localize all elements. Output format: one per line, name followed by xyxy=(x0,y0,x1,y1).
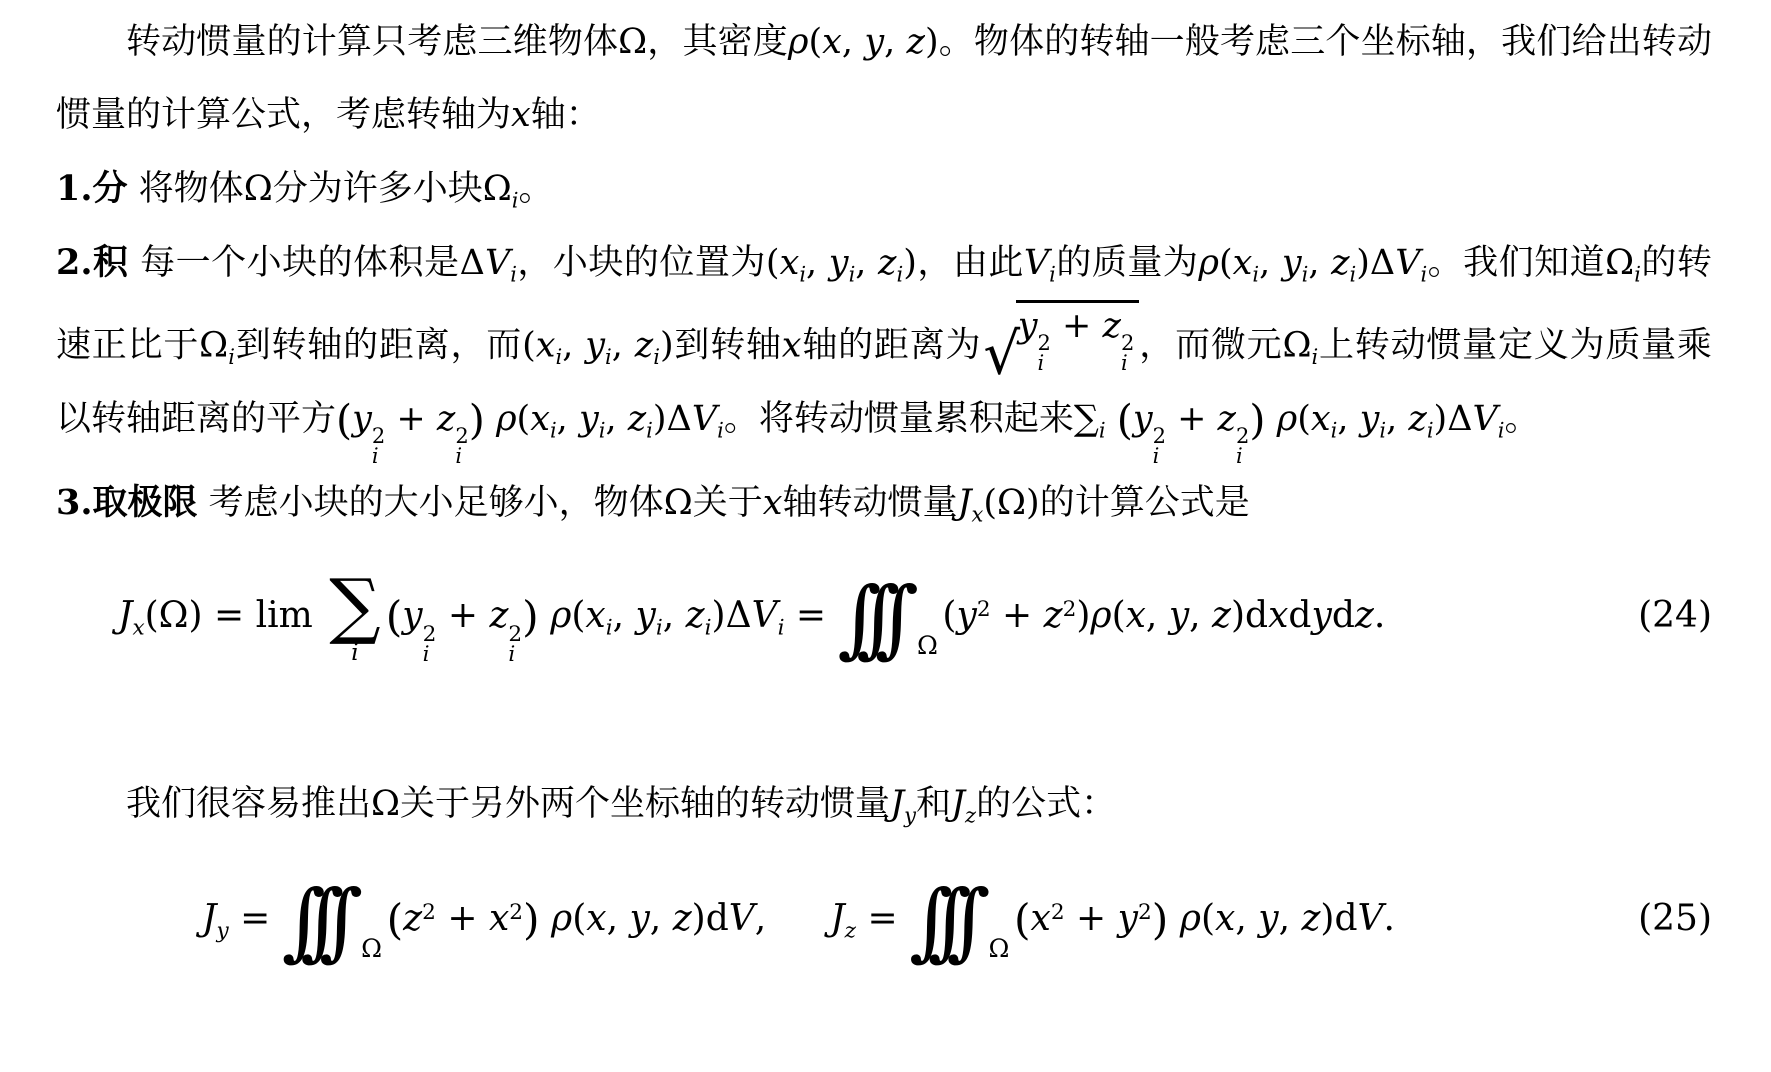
math-italic-run: y xyxy=(1018,306,1038,346)
math-italic-run: x xyxy=(530,399,550,439)
math-roman-run: )Δ xyxy=(653,399,692,439)
triple-integral: ∫∫∫Ω xyxy=(838,595,943,636)
math-italic-run: z xyxy=(1331,243,1349,283)
math-italic-run: ρ xyxy=(496,399,517,439)
math-italic-run: z xyxy=(1301,898,1320,939)
math-italic-run: x xyxy=(585,595,605,636)
supsub-stack: 2i xyxy=(455,427,468,467)
math-italic-run: z xyxy=(403,898,422,939)
text-run: 转动惯量的计算只考虑三维物体 xyxy=(126,22,618,62)
text-run: ，由此 xyxy=(917,243,1024,283)
superscript: 2 xyxy=(1138,901,1152,926)
math-roman-run: ) xyxy=(925,22,939,62)
math-italic-run: z xyxy=(673,898,692,939)
text-run: 每一个小块的体积是 xyxy=(129,243,460,283)
math-roman-run: , xyxy=(1259,243,1282,283)
integral-domain: Ω xyxy=(989,934,1010,963)
equation-number-24: (24) xyxy=(1638,598,1712,634)
math-italic-run: z xyxy=(907,22,925,62)
paragraph-intro: 转动惯量的计算只考虑三维物体Ω，其密度ρ(x, y, z)。物体的转轴一般考虑三… xyxy=(56,6,1712,152)
math-roman-run: ( xyxy=(1112,595,1126,636)
text-run: 的公式： xyxy=(976,784,1116,824)
math-italic-run: x xyxy=(489,898,509,939)
text-run: ，其密度 xyxy=(647,22,788,62)
math-roman-run: , xyxy=(650,898,673,939)
math-roman-run: ( xyxy=(1219,243,1233,283)
math-roman-run: , xyxy=(884,22,906,62)
math-roman-run: ( xyxy=(1201,898,1215,939)
text-run: 到转轴的距离，而 xyxy=(235,326,522,366)
sigma-icon: ∑ xyxy=(329,571,380,639)
math-italic-run: V xyxy=(1395,243,1420,283)
math-italic-run: y xyxy=(1282,243,1302,283)
big-paren: ( xyxy=(386,594,403,643)
stack-sub: i xyxy=(1153,447,1160,467)
subscript: i xyxy=(705,616,712,641)
math-italic-run: z xyxy=(635,326,653,366)
subscript: i xyxy=(646,418,653,442)
math-roman-run: )Δ xyxy=(1356,243,1395,283)
subscript: z xyxy=(965,804,976,828)
math-italic-run: x xyxy=(536,326,556,366)
supsub-stack: 2i xyxy=(1121,334,1134,374)
math-roman-run: , xyxy=(855,243,878,283)
sum-operator: ∑i xyxy=(329,571,380,667)
math-roman-run: = xyxy=(229,898,282,939)
text-run: 。我们知道 xyxy=(1427,243,1605,283)
math-italic-run: J xyxy=(951,784,965,824)
math-roman-run: + xyxy=(991,595,1044,636)
text-run: 考虑小块的大小足够小，物体 xyxy=(198,483,664,523)
subscript: i xyxy=(653,345,660,369)
subscript: i xyxy=(550,418,557,442)
math-roman-run: (Ω) xyxy=(983,483,1039,523)
subscript: i xyxy=(605,345,612,369)
math-roman-run: ) xyxy=(903,243,917,283)
equation-number-25: (25) xyxy=(1638,901,1712,937)
text-run: 的质量为 xyxy=(1056,243,1199,283)
math-italic-run: ρ xyxy=(1180,898,1201,939)
math-italic-run: x xyxy=(1031,898,1051,939)
math-roman-run: Δ xyxy=(460,243,485,283)
math-italic-run: ρ xyxy=(1277,399,1298,439)
equation-24-body: Jx(Ω) = lim ∑i(y2i + z2i) ρ(xi, yi, zi)Δ… xyxy=(118,595,1385,636)
math-italic-run: x xyxy=(1268,595,1288,636)
bold-label: 2.积 xyxy=(56,242,129,283)
math-italic-run: J xyxy=(118,595,132,636)
math-roman-run: (Ω) = lim xyxy=(145,595,325,636)
math-roman-run xyxy=(485,399,496,439)
document-page: 转动惯量的计算只考虑三维物体Ω，其密度ρ(x, y, z)。物体的转轴一般考虑三… xyxy=(0,0,1771,989)
math-italic-run: ρ xyxy=(1090,595,1111,636)
list-item-step2: 2.积 每一个小块的体积是ΔVi，小块的位置为(xi, yi, zi)，由此Vi… xyxy=(56,226,1712,466)
integral-domain: Ω xyxy=(917,631,938,660)
math-roman-run: Ω xyxy=(1605,243,1634,283)
math-roman-run: + xyxy=(436,595,489,636)
text-run: 和 xyxy=(916,784,951,824)
text-run: 将物体 xyxy=(128,169,244,209)
math-italic-run: y xyxy=(579,399,599,439)
subscript: z xyxy=(845,919,856,944)
math-roman-run: , xyxy=(605,399,627,439)
math-roman-run: , xyxy=(755,898,766,939)
stack-sub: i xyxy=(1038,354,1045,374)
superscript: 2 xyxy=(422,901,436,926)
math-roman-run: d xyxy=(1332,595,1355,636)
math-italic-run: y xyxy=(864,22,884,62)
math-italic-run: x xyxy=(1215,898,1235,939)
math-italic-run: z xyxy=(1355,595,1374,636)
math-roman-run xyxy=(1168,898,1179,939)
math-italic-run: J xyxy=(958,483,972,523)
math-italic-run: x xyxy=(822,22,842,62)
math-roman-run: d xyxy=(1288,595,1311,636)
math-italic-run: z xyxy=(628,399,646,439)
math-roman-run: , xyxy=(1235,898,1258,939)
supsub-stack: 2i xyxy=(423,625,437,666)
math-roman-run: + xyxy=(385,399,437,439)
display-equation-25: Jy = ∫∫∫Ω(z2 + x2) ρ(x, y, z)dV,Jz = ∫∫∫… xyxy=(56,849,1712,989)
math-italic-run: y xyxy=(956,595,976,636)
math-italic-run: J xyxy=(202,898,216,939)
math-roman-run: + xyxy=(1051,306,1103,346)
math-roman-run: , xyxy=(1337,399,1359,439)
math-italic-run: V xyxy=(729,898,755,939)
math-roman-run: Ω xyxy=(371,784,400,824)
subscript: i xyxy=(606,616,613,641)
math-roman-run: Ω xyxy=(199,326,228,366)
math-italic-run: y xyxy=(1133,399,1153,439)
math-roman-run: Ω xyxy=(483,169,512,209)
integral-signs-icon: ∫∫∫ xyxy=(909,871,990,970)
text-run: 轴转动惯量 xyxy=(782,483,957,523)
subscript: i xyxy=(1427,418,1434,442)
display-equation-24: Jx(Ω) = lim ∑i(y2i + z2i) ρ(xi, yi, zi)Δ… xyxy=(56,546,1712,686)
math-roman-run: Ω xyxy=(618,22,647,62)
math-roman-run: Ω xyxy=(1282,326,1311,366)
math-roman-run: )d xyxy=(692,898,729,939)
math-italic-run: z xyxy=(686,595,705,636)
subscript: i xyxy=(510,262,517,286)
subscript: y xyxy=(904,804,916,828)
math-roman-run: + xyxy=(1065,898,1118,939)
radical-sign-icon: √ xyxy=(983,330,1020,376)
supsub-stack: 2i xyxy=(1038,334,1051,374)
subscript: i xyxy=(228,345,235,369)
bold-label: 3.取极限 xyxy=(56,482,198,523)
math-italic-run: x xyxy=(780,243,800,283)
math-italic-run: y xyxy=(1169,595,1189,636)
integral-signs-icon: ∫∫∫ xyxy=(838,568,919,667)
subscript: x xyxy=(972,503,984,527)
math-roman-run xyxy=(1106,399,1117,439)
math-italic-run: y xyxy=(585,326,605,366)
math-roman-run: , xyxy=(607,898,630,939)
supsub-stack: 2i xyxy=(1236,427,1249,467)
math-italic-run: y xyxy=(636,595,656,636)
math-roman-run: )Δ xyxy=(1434,399,1473,439)
math-roman-run xyxy=(539,595,550,636)
math-italic-run: z xyxy=(489,595,508,636)
text-run: 关于另外两个坐标轴的转动惯量 xyxy=(400,784,890,824)
stack-sub: i xyxy=(508,645,515,666)
math-roman-run: . xyxy=(1384,898,1395,939)
big-paren: ) xyxy=(523,897,540,946)
math-roman-run: Ω xyxy=(244,169,273,209)
paragraph-derive: 我们很容易推出Ω关于另外两个坐标轴的转动惯量Jy和Jz的公式： xyxy=(56,768,1712,841)
math-roman-run: ( xyxy=(766,243,780,283)
math-roman-run: + xyxy=(436,898,489,939)
text-run: 。 xyxy=(518,169,553,209)
bold-label: 1.分 xyxy=(56,168,128,209)
math-roman-run: , xyxy=(1308,243,1331,283)
math-roman-run: , xyxy=(612,326,635,366)
math-roman-run xyxy=(540,898,551,939)
math-roman-run: ( xyxy=(572,898,586,939)
subscript: i xyxy=(1049,262,1056,286)
math-roman-run xyxy=(1266,399,1277,439)
text-run: 轴的距离为 xyxy=(802,326,982,366)
math-roman-run: ( xyxy=(809,22,823,62)
math-italic-run: z xyxy=(1218,399,1236,439)
math-roman-run: , xyxy=(557,399,579,439)
supsub-stack: 2i xyxy=(372,427,385,467)
math-roman-run: Ω xyxy=(664,483,693,523)
math-roman-run: , xyxy=(1279,898,1302,939)
big-paren: ) xyxy=(469,396,485,444)
math-italic-run: z xyxy=(1044,595,1063,636)
sum-limit: i xyxy=(351,639,359,666)
math-roman-run: )d xyxy=(1231,595,1268,636)
math-italic-run: V xyxy=(1358,898,1384,939)
subscript: i xyxy=(717,418,724,442)
stack-sub: i xyxy=(1121,354,1128,374)
subscript: i xyxy=(656,616,663,641)
math-italic-run: z xyxy=(1408,399,1426,439)
math-roman-run: ) xyxy=(1076,595,1090,636)
math-roman-run: ( xyxy=(1297,399,1311,439)
math-roman-run: ) xyxy=(660,326,674,366)
math-italic-run: y xyxy=(1258,898,1278,939)
math-roman-run: . xyxy=(1374,595,1385,636)
math-italic-run: J xyxy=(890,784,904,824)
math-roman-run: ( xyxy=(522,326,536,366)
superscript: 2 xyxy=(1051,901,1065,926)
list-item-step3: 3.取极限 考虑小块的大小足够小，物体Ω关于x轴转动惯量Jx(Ω)的计算公式是 xyxy=(56,466,1712,540)
math-italic-run: z xyxy=(878,243,896,283)
text-run: 轴： xyxy=(531,95,601,135)
math-italic-run: x xyxy=(1311,399,1331,439)
math-italic-run: y xyxy=(352,399,372,439)
math-italic-run: V xyxy=(1472,399,1497,439)
subscript: x xyxy=(132,616,144,641)
text-run: 我们很容易推出 xyxy=(126,784,371,824)
math-roman-run: , xyxy=(1146,595,1169,636)
math-roman-run: + xyxy=(1166,399,1218,439)
math-italic-run: y xyxy=(1118,898,1138,939)
math-italic-run: z xyxy=(1102,306,1120,346)
stack-sub: i xyxy=(455,447,462,467)
radicand: y2i + z2i xyxy=(1016,300,1139,374)
superscript: 2 xyxy=(1063,598,1077,623)
math-italic-run: V xyxy=(1024,243,1049,283)
math-roman-run: ( xyxy=(517,399,531,439)
math-roman-run: , xyxy=(1189,595,1212,636)
math-roman-run: , xyxy=(663,595,686,636)
list-item-step1: 1.分 将物体Ω分为许多小块Ωi。 xyxy=(56,152,1712,226)
stack-sub: i xyxy=(372,447,379,467)
superscript: 2 xyxy=(977,598,991,623)
math-italic-run: z xyxy=(437,399,455,439)
big-paren: ( xyxy=(387,897,404,946)
equation-25-body: Jy = ∫∫∫Ω(z2 + x2) ρ(x, y, z)dV,Jz = ∫∫∫… xyxy=(202,898,1395,939)
math-italic-run: x xyxy=(1126,595,1146,636)
integral-domain: Ω xyxy=(361,934,382,963)
math-italic-run: ρ xyxy=(551,898,572,939)
math-roman-run: ( xyxy=(571,595,585,636)
math-italic-run: V xyxy=(692,399,717,439)
math-italic-run: x xyxy=(782,326,802,366)
math-roman-run: = xyxy=(784,595,837,636)
math-italic-run: V xyxy=(485,243,510,283)
supsub-stack: 2i xyxy=(1153,427,1166,467)
math-italic-run: y xyxy=(1311,595,1331,636)
big-paren: ( xyxy=(336,396,352,444)
text-run: ，小块的位置为 xyxy=(517,243,766,283)
big-paren: ) xyxy=(522,594,539,643)
math-italic-run: x xyxy=(1233,243,1253,283)
math-italic-run: y xyxy=(629,898,649,939)
text-run: 到转轴 xyxy=(674,326,782,366)
math-roman-run: , xyxy=(1386,399,1408,439)
math-roman-run: , xyxy=(613,595,636,636)
subscript: i xyxy=(1099,418,1106,442)
math-italic-run: y xyxy=(402,595,422,636)
math-italic-run: ρ xyxy=(1198,243,1219,283)
stack-sub: i xyxy=(1236,447,1243,467)
big-paren: ) xyxy=(1152,897,1169,946)
text-run: 。 xyxy=(1504,399,1539,439)
math-italic-run: y xyxy=(1360,399,1380,439)
subscript: y xyxy=(216,919,228,944)
math-roman-run: )Δ xyxy=(712,595,752,636)
superscript: 2 xyxy=(509,901,523,926)
math-italic-run: ρ xyxy=(788,22,809,62)
stack-sub: i xyxy=(423,645,430,666)
text-run: ，而微元 xyxy=(1139,326,1283,366)
math-italic-run: x xyxy=(586,898,606,939)
integral-signs-icon: ∫∫∫ xyxy=(282,871,363,970)
triple-integral: ∫∫∫Ω xyxy=(909,898,1014,939)
math-roman-run: , xyxy=(562,326,585,366)
math-italic-run: J xyxy=(830,898,844,939)
math-roman-run: = xyxy=(856,898,909,939)
big-paren: ( xyxy=(1117,396,1133,444)
math-roman-run: ∑ xyxy=(1074,399,1099,439)
math-roman-run: ( xyxy=(942,595,956,636)
math-italic-run: x xyxy=(511,95,531,135)
math-italic-run: x xyxy=(763,483,783,523)
math-italic-run: V xyxy=(752,595,778,636)
big-paren: ( xyxy=(1014,897,1031,946)
math-roman-run: )d xyxy=(1320,898,1357,939)
text-run: 分为许多小块 xyxy=(273,169,483,209)
math-roman-run: , xyxy=(806,243,829,283)
big-paren: ) xyxy=(1249,396,1265,444)
supsub-stack: 2i xyxy=(508,625,522,666)
triple-integral: ∫∫∫Ω xyxy=(282,898,387,939)
subscript: i xyxy=(1634,262,1641,286)
sqrt-radical: √y2i + z2i xyxy=(983,300,1138,374)
math-roman-run: , xyxy=(842,22,864,62)
math-italic-run: ρ xyxy=(550,595,571,636)
text-run: 的计算公式是 xyxy=(1040,483,1250,523)
text-run: 。将转动惯量累积起来 xyxy=(724,399,1074,439)
math-italic-run: y xyxy=(829,243,849,283)
math-italic-run: z xyxy=(1212,595,1231,636)
text-run: 关于 xyxy=(693,483,763,523)
